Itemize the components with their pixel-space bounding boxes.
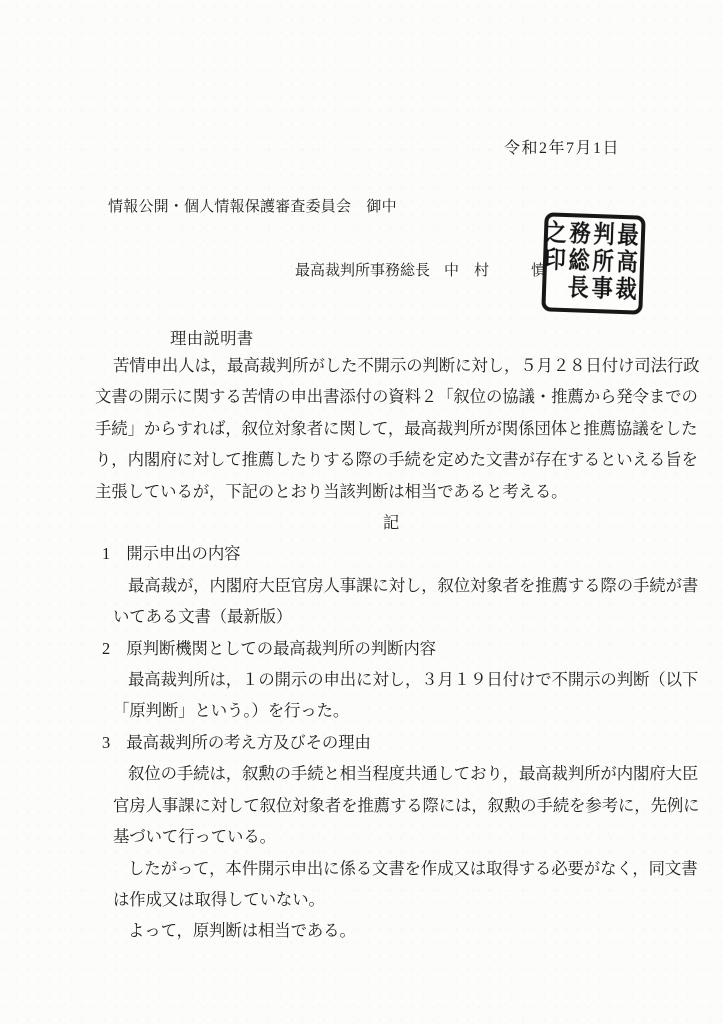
body-line: 主張しているが，下記のとおり当該判断は相当であると考える。: [95, 476, 707, 507]
document-title: 理由説明書: [170, 325, 253, 349]
document-date: 令和2年7月1日: [504, 135, 620, 158]
list-item-2-header: 2 原判断機関としての最高裁判所の判断内容: [102, 633, 707, 664]
body-line: 手続」からすれば，叙位対象者に関して，最高裁判所が関係団体と推薦協議をした: [95, 413, 707, 444]
list-line: したがって，本件開示申出に係る文書を作成又は取得する必要がなく，同文書: [128, 853, 707, 884]
list-line: 最高裁判所は，１の開示の申出に対し，３月１９日付けで不開示の判断（以下: [128, 664, 707, 695]
list-line: 官房人事課に対して叙位対象者を推薦する際には，叙勲の手続を参考に，先例に: [113, 790, 707, 821]
body-line: 苦情申出人は，最高裁判所がした不開示の判断に対し，５月２８日付け司法行政: [113, 350, 707, 381]
sender-family-name: 中 村: [444, 263, 489, 279]
seal-column-2: 判所事: [588, 221, 612, 307]
sender-title: 最高裁判所事務総長: [295, 263, 430, 279]
list-line: 基づいて行っている。: [113, 821, 707, 852]
list-line: 最高裁が，内閣府大臣官房人事課に対し，叙位対象者を推薦する際の手続が書: [128, 570, 707, 601]
list-line: は作成又は取得していない。: [113, 884, 707, 915]
sender-line: 最高裁判所事務総長中 村慎: [295, 259, 546, 280]
seal-column-4: 之印: [540, 219, 564, 305]
scanned-document-page: 令和2年7月1日 情報公開・個人情報保護審査委員会 御中 最高裁判所事務総長中 …: [0, 0, 723, 1024]
body-line: 文書の開示に関する苦情の申出書添付の資料２「叙位の協議・推薦から発令までの: [95, 381, 707, 412]
list-item-3-header: 3 最高裁判所の考え方及びその理由: [102, 727, 707, 758]
list-line: 「原判断」という。）を行った。: [113, 695, 707, 726]
seal-column-1: 最高裁: [612, 222, 636, 308]
seal-column-3: 務総長: [564, 220, 588, 306]
list-line: 叙位の手続は，叙勲の手続と相当程度共通しており，最高裁判所が内閣府大臣: [128, 758, 707, 789]
addressee-line: 情報公開・個人情報保護審査委員会 御中: [108, 195, 397, 216]
list-line: よって，原判断は相当である。: [128, 915, 707, 946]
official-seal: 最高裁 判所事 務総長 之印: [541, 212, 645, 314]
section-marker: 記: [75, 507, 707, 538]
list-item-1-header: 1 開示申出の内容: [102, 538, 707, 569]
list-line: いてある文書（最新版）: [113, 601, 707, 632]
document-body: 苦情申出人は，最高裁判所がした不開示の判断に対し，５月２８日付け司法行政 文書の…: [95, 350, 707, 947]
body-line: り，内閣府に対して推薦したりする際の手続を定めた文書が存在するといえる旨を: [95, 444, 707, 475]
